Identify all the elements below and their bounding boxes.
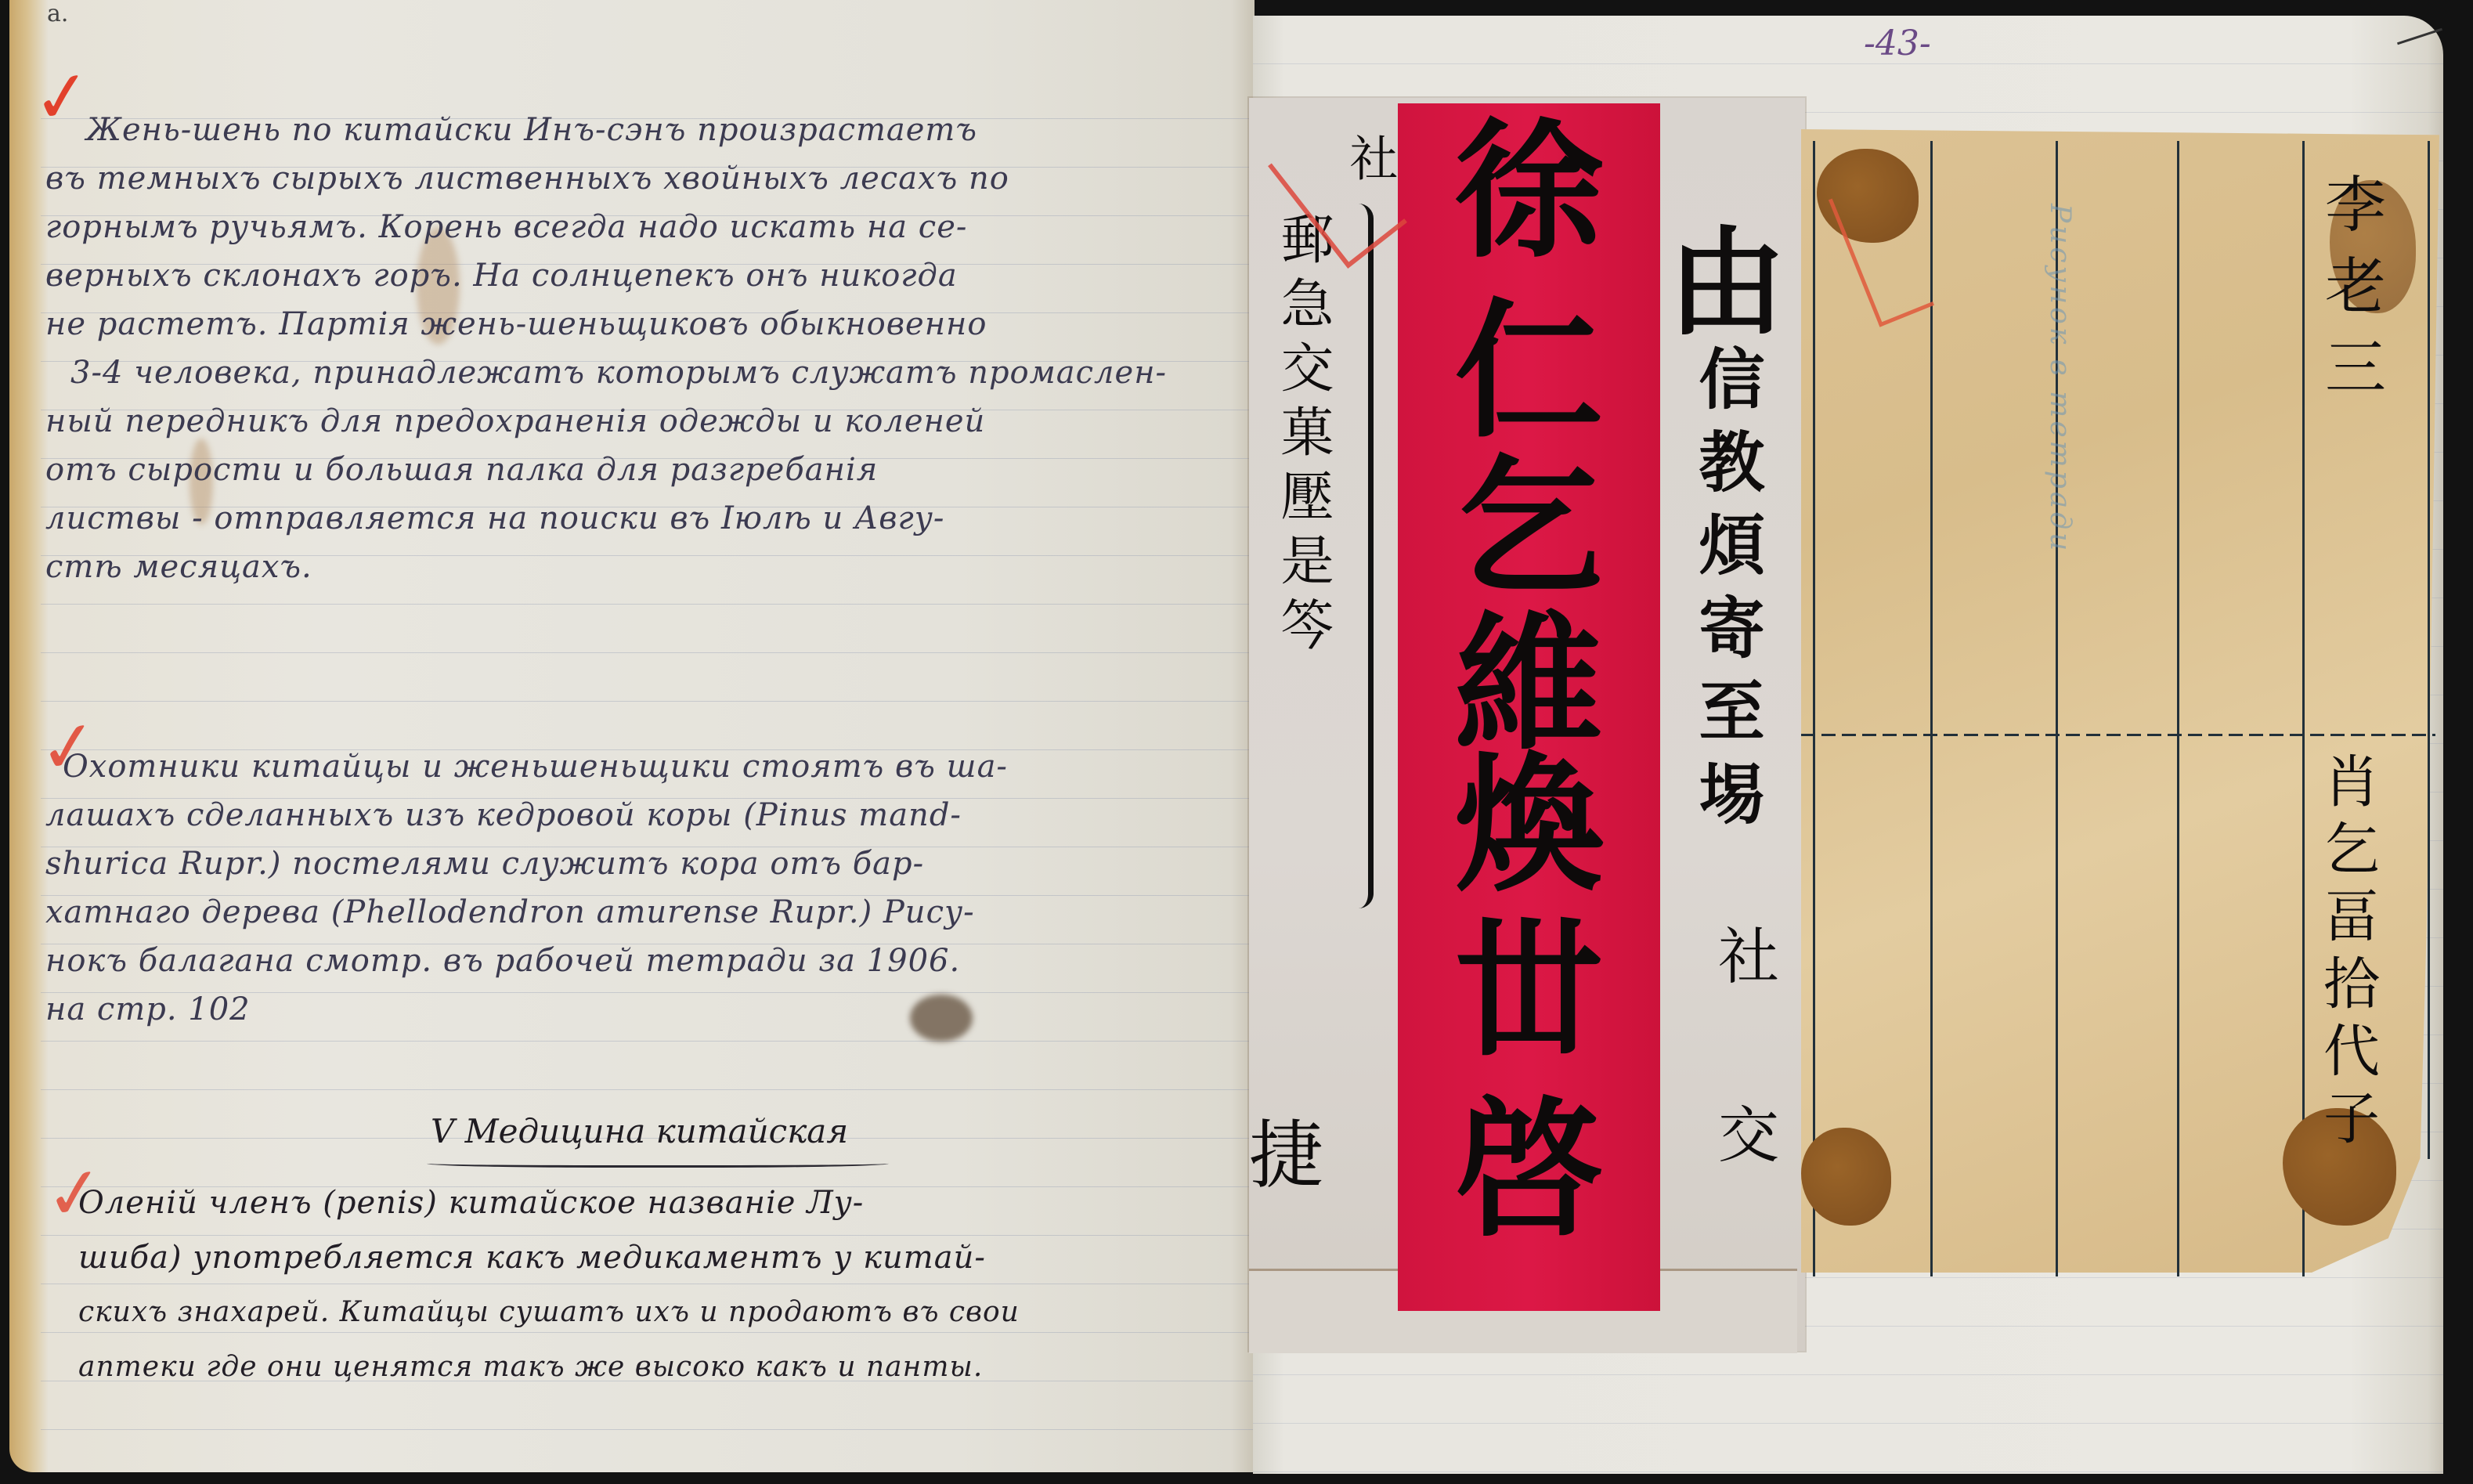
form-column-line [1813,141,1815,1276]
page-corner-mark: a. [47,0,68,27]
notebook-spread: a. ✓ Жень-шень по китайски Инъ-сэнъ прои… [0,0,2473,1484]
label-character: 維 [1398,611,1660,760]
label-character: 啓 [1398,1096,1660,1245]
form-column-line [1930,141,1933,1276]
section-heading: V Медицина китайская [431,1112,848,1150]
envelope-right-tail: 社 交 [1699,924,1787,1187]
label-character: 徐 [1398,117,1660,266]
form-column-line [2177,141,2179,1276]
label-character: 煥 [1398,752,1660,901]
label-character: 丗 [1398,916,1660,1065]
envelope-left-column: 郵急交菓壓是笒 [1265,211,1341,661]
form-name-characters: 李老三 [2306,172,2394,417]
envelope-right-top-char: 由 [1668,188,1785,357]
envelope-left-bottom-char: 捷 [1249,1096,1359,1203]
faint-pencil-annotation: Рисунок в тетради [2044,204,2076,554]
label-character: 仁 [1398,298,1660,446]
page-number: -43- [1864,23,1931,63]
calligraphy-brace [1359,204,1374,908]
label-character: 乞 [1398,454,1660,603]
form-lower-characters: 肖乞畐拾代子 [2306,752,2388,1156]
form-divider-line [1801,734,2435,736]
form-column-line [2428,141,2430,1159]
envelope-right-column: 信教煩寄至埸 [1680,345,1774,843]
form-column-line [2302,141,2305,1276]
wavy-underline [427,1157,889,1168]
